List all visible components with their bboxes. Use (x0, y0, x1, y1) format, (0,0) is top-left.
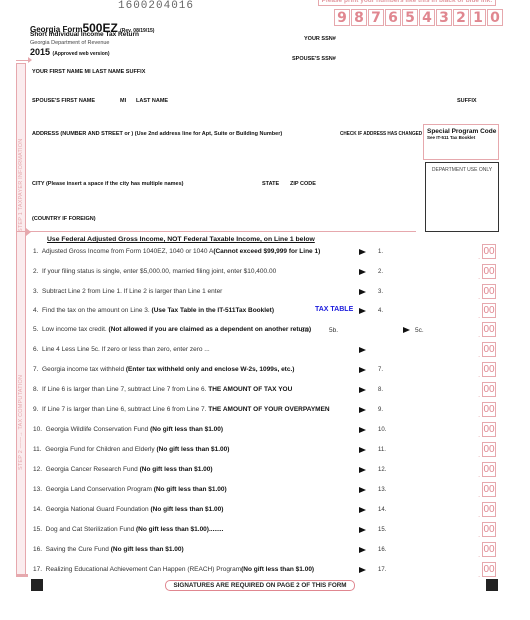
line-description: 8. If Line 6 is larger than Line 7, subt… (33, 386, 292, 393)
line-reference-number: 4. (378, 308, 383, 314)
year-note: (Approved web version) (53, 51, 110, 57)
cents-field[interactable]: 00 (482, 362, 496, 377)
amount-field[interactable] (433, 522, 477, 537)
spouse-suffix-label: SUFFIX (457, 98, 477, 104)
cents-field[interactable]: 00 (482, 264, 496, 279)
line-text: Georgia Cancer Research Fund (46, 466, 140, 473)
line-reference-number: 13. (378, 487, 386, 493)
tax-line-10: 10. Georgia Wildlife Conservation Fund (… (33, 421, 503, 441)
line-text: Georgia Land Conservation Program (46, 486, 154, 493)
decimal-point: . (478, 510, 480, 519)
arrow-icon (359, 249, 366, 255)
line-description: 5. Low income tax credit. (Not allowed i… (33, 326, 311, 333)
line-description: 9. If Line 7 is larger than Line 6, subt… (33, 406, 330, 413)
tax-line-15: 15. Dog and Cat Sterilization Fund (No g… (33, 521, 503, 541)
decimal-point: . (478, 410, 480, 419)
line-description: 1. Adjusted Gross Income from Form 1040E… (33, 248, 320, 255)
amount-field[interactable] (433, 264, 477, 279)
decimal-point: . (478, 292, 480, 301)
cents-field[interactable]: 00 (482, 342, 496, 357)
sample-digit: 0 (487, 9, 503, 26)
decimal-point: . (478, 490, 480, 499)
line-bold-note: (No gift less than $1.00) (150, 506, 223, 513)
arrow-icon (359, 487, 366, 493)
line-reference-number: 15. (378, 527, 386, 533)
decimal-point: . (478, 330, 480, 339)
cents-field[interactable]: 00 (482, 442, 496, 457)
tax-line-2: 2. If your filing status is single, ente… (33, 263, 503, 283)
line-text: If Line 7 is larger than Line 6, subtrac… (42, 406, 208, 413)
strip-arrow-icon (28, 57, 32, 63)
arrow-icon (359, 547, 366, 553)
arrow-icon (359, 289, 366, 295)
line-text: Line 4 Less Line 5c. If zero or less tha… (42, 346, 210, 353)
line-reference-number: 8. (378, 387, 383, 393)
spouse-first-name-label: SPOUSE'S FIRST NAME (32, 98, 95, 104)
line-description: 10. Georgia Wildlife Conservation Fund (… (33, 426, 223, 433)
cents-field[interactable]: 00 (482, 542, 496, 557)
cents-field[interactable]: 00 (482, 402, 496, 417)
cents-field[interactable]: 00 (482, 303, 496, 318)
cents-field[interactable]: 00 (482, 322, 496, 337)
form-subtitle: Short Individual Income Tax Return (30, 31, 139, 38)
your-name-label: YOUR FIRST NAME MI LAST NAME SUFFIX (32, 69, 145, 75)
line-bold-note: (No gift less than $1.00) (140, 466, 213, 473)
tax-line-17: 17. Realizing Educational Achievement Ca… (33, 561, 503, 581)
tax-line-7: 7. Georgia income tax withheld (Enter ta… (33, 361, 503, 381)
line-description: 6. Line 4 Less Line 5c. If zero or less … (33, 346, 210, 353)
amount-field[interactable] (433, 322, 477, 337)
ink-instruction: Please print your numbers like this in b… (318, 0, 496, 6)
line-reference-number: 1. (378, 249, 383, 255)
decimal-point: . (478, 350, 480, 359)
amount-field[interactable] (433, 362, 477, 377)
tax-line-11: 11. Georgia Fund for Children and Elderl… (33, 441, 503, 461)
department-use-label: DEPARTMENT USE ONLY (426, 167, 498, 173)
line-reference-number: 17. (378, 567, 386, 573)
line-description: 15. Dog and Cat Sterilization Fund (No g… (33, 526, 223, 533)
arrow-icon (403, 327, 410, 333)
arrow-icon (359, 367, 366, 373)
separator-arrow-icon (26, 228, 31, 236)
amount-field[interactable] (433, 562, 477, 577)
line-text: Saving the Cure Fund (46, 546, 111, 553)
line-description: 17. Realizing Educational Achievement Ca… (33, 566, 314, 573)
decimal-point: . (478, 470, 480, 479)
tax-line-1: 1. Adjusted Gross Income from Form 1040E… (33, 243, 503, 263)
sample-digit: 5 (402, 9, 418, 26)
line-line5a-label: 5a. (301, 327, 310, 334)
arrow-icon (359, 507, 366, 513)
tax-line-9: 9. If Line 7 is larger than Line 6, subt… (33, 401, 503, 421)
line-bold-note: (Enter tax withheld only and enclose W-2… (126, 366, 295, 373)
line-reference-number: 11. (378, 447, 386, 453)
amount-field[interactable] (433, 422, 477, 437)
address-label: ADDRESS (NUMBER AND STREET or ) (Use 2nd… (32, 131, 282, 137)
cents-field[interactable]: 00 (482, 284, 496, 299)
line-text: Georgia Fund for Children and Elderly (45, 446, 156, 453)
decimal-point: . (478, 530, 480, 539)
decimal-point: . (478, 390, 480, 399)
tax-line-14: 14. Georgia National Guard Foundation (N… (33, 501, 503, 521)
cents-field[interactable]: 00 (482, 522, 496, 537)
address-changed-label: CHECK IF ADDRESS HAS CHANGED (340, 131, 422, 137)
cents-field[interactable]: 00 (482, 502, 496, 517)
tax-line-8: 8. If Line 6 is larger than Line 7, subt… (33, 381, 503, 401)
decimal-point: . (478, 252, 480, 261)
line-text: Dog and Cat Sterilization Fund (46, 526, 136, 533)
amount-field[interactable] (433, 542, 477, 557)
signature-notice: SIGNATURES ARE REQUIRED ON PAGE 2 OF THI… (165, 580, 355, 591)
country-label: (COUNTRY IF FOREIGN) (32, 216, 96, 222)
line-reference-number: 7. (378, 367, 383, 373)
step1-side-label: STEP 1 TAXPAYER INFORMATION (18, 139, 24, 232)
cents-field[interactable]: 00 (482, 422, 496, 437)
line-reference-number: 14. (378, 507, 386, 513)
line-text: Georgia Wildlife Conservation Fund (46, 426, 150, 433)
spouse-name-field[interactable] (32, 108, 492, 120)
line-bold-note: (Use Tax Table in the IT-511Tax Booklet) (152, 307, 274, 314)
amount-field[interactable] (433, 244, 477, 259)
line-number: 12. (33, 466, 42, 473)
line-bold-note: (No gift less than $1.00) (154, 486, 227, 493)
line-bold-note: (No gift less than $1.00) (150, 426, 223, 433)
amount-field[interactable] (433, 402, 477, 417)
line-line5b-label: 5b. (329, 327, 338, 334)
arrow-icon (359, 347, 366, 353)
decimal-point: . (478, 430, 480, 439)
line-text: Realizing Educational Achievement Can Ha… (46, 566, 241, 573)
line1-instruction: Use Federal Adjusted Gross Income, NOT F… (47, 236, 315, 243)
line-description: 16. Saving the Cure Fund (No gift less t… (33, 546, 184, 553)
decimal-point: . (478, 370, 480, 379)
tax-line-12: 12. Georgia Cancer Research Fund (No gif… (33, 461, 503, 481)
line-text: Georgia income tax withheld (42, 366, 126, 373)
special-program-title: Special Program Code (424, 125, 498, 135)
arrow-icon (359, 308, 366, 314)
tax-line-6: 6. Line 4 Less Line 5c. If zero or less … (33, 341, 503, 361)
sample-digit: 8 (351, 9, 367, 26)
tax-table-link[interactable]: TAX TABLE (315, 306, 353, 313)
decimal-point: . (478, 311, 480, 320)
zip-label: ZIP CODE (290, 181, 316, 187)
line-description: 7. Georgia income tax withheld (Enter ta… (33, 366, 294, 373)
spouse-ssn-label: SPOUSE'S SSN# (292, 56, 336, 62)
line-text: Find the tax on the amount on Line 3. (42, 307, 152, 314)
line-reference-number: 16. (378, 547, 386, 553)
line-reference-number: 3. (378, 289, 383, 295)
arrow-icon (359, 447, 366, 453)
amount-field[interactable] (433, 482, 477, 497)
line-bold-note: (Not allowed if you are claimed as a dep… (109, 326, 312, 333)
cents-field[interactable]: 00 (482, 244, 496, 259)
strip-bottom (16, 574, 28, 577)
registration-mark-left (31, 579, 43, 591)
registration-mark-right (486, 579, 498, 591)
address-field[interactable] (32, 142, 412, 154)
decimal-point: . (478, 272, 480, 281)
barcode-number: 1600204016 (118, 0, 194, 12)
line-line5c-label: 5c. (415, 327, 424, 334)
special-program-sub: See IT-511 Tax Booklet (424, 135, 498, 140)
your-name-field[interactable] (32, 80, 412, 92)
line-bold-note: (No gift less than $1.00) (241, 566, 314, 573)
line-number: 13. (33, 486, 42, 493)
decimal-point: . (478, 450, 480, 459)
line-description: 14. Georgia National Guard Foundation (N… (33, 506, 223, 513)
line-text: Subtract Line 2 from Line 1. If Line 2 i… (42, 288, 222, 295)
sample-digit: 2 (453, 9, 469, 26)
line-bold-note: (No gift less than $1.00)........ (136, 526, 223, 533)
line-text: If your filing status is single, enter $… (42, 268, 276, 275)
tax-line-13: 13. Georgia Land Conservation Program (N… (33, 481, 503, 501)
line-reference-number: 9. (378, 407, 383, 413)
year-value: 2015 (30, 47, 50, 57)
line-text: Low income tax credit. (42, 326, 108, 333)
tax-year: 2015 (Approved web version) (30, 47, 110, 57)
decimal-point: . (478, 570, 480, 579)
cents-field[interactable]: 00 (482, 562, 496, 577)
cents-field[interactable]: 00 (482, 482, 496, 497)
sample-digit: 3 (436, 9, 452, 26)
line-description: 4. Find the tax on the amount on Line 3.… (33, 307, 274, 314)
amount-field[interactable] (433, 442, 477, 457)
city-state-zip-field[interactable] (32, 192, 412, 204)
line-bold-note: THE AMOUNT OF YOUR OVERPAYMEN (208, 406, 329, 413)
arrow-icon (359, 467, 366, 473)
step-separator (16, 231, 416, 232)
spouse-last-name-label: LAST NAME (136, 98, 168, 104)
line-bold-note: THE AMOUNT OF TAX YOU (208, 386, 292, 393)
line-reference-number: 2. (378, 269, 383, 275)
line-description: 11. Georgia Fund for Children and Elderl… (33, 446, 229, 453)
arrow-icon (359, 407, 366, 413)
arrow-icon (359, 387, 366, 393)
city-label: CITY (Please insert a space if the city … (32, 181, 184, 187)
sample-digit: 7 (368, 9, 384, 26)
line-bold-note: (No gift less than $1.00) (156, 446, 229, 453)
amount-field[interactable] (433, 303, 477, 318)
arrow-icon (359, 567, 366, 573)
line-number: 14. (33, 506, 42, 513)
line-reference-number: 10. (378, 427, 386, 433)
state-label: STATE (262, 181, 279, 187)
sample-digit: 1 (470, 9, 486, 26)
amount-field[interactable] (433, 502, 477, 517)
sample-digits: 9876543210 (334, 9, 503, 26)
line-number: 17. (33, 566, 42, 573)
line-reference-number: 12. (378, 467, 386, 473)
amount-field[interactable] (433, 342, 477, 357)
department-name: Georgia Department of Revenue (30, 40, 110, 46)
decimal-point: . (478, 550, 480, 559)
sample-digit: 4 (419, 9, 435, 26)
spouse-mi-label: MI (120, 98, 126, 104)
tax-line-16: 16. Saving the Cure Fund (No gift less t… (33, 541, 503, 561)
line-description: 13. Georgia Land Conservation Program (N… (33, 486, 227, 493)
amount-field[interactable] (433, 284, 477, 299)
tax-line-5: 5. Low income tax credit. (Not allowed i… (33, 321, 503, 341)
line-number: 10. (33, 426, 42, 433)
line-text: Georgia National Guard Foundation (46, 506, 151, 513)
tax-line-3: 3. Subtract Line 2 from Line 1. If Line … (33, 283, 503, 303)
arrow-icon (359, 527, 366, 533)
sample-digit: 9 (334, 9, 350, 26)
your-ssn-label: YOUR SSN# (304, 36, 336, 42)
line-description: 3. Subtract Line 2 from Line 1. If Line … (33, 288, 222, 295)
amount-field[interactable] (433, 382, 477, 397)
special-program-code-box[interactable]: Special Program Code See IT-511 Tax Book… (423, 124, 499, 160)
line-description: 12. Georgia Cancer Research Fund (No gif… (33, 466, 213, 473)
line-bold-note: (Cannot exceed $99,999 for Line 1) (213, 248, 320, 255)
cents-field[interactable]: 00 (482, 462, 496, 477)
line-number: 11. (33, 446, 42, 453)
sample-digit: 6 (385, 9, 401, 26)
line-text: Adjusted Gross Income from Form 1040EZ, … (42, 248, 214, 255)
step2-side-label: STEP 2 ——→ TAX COMPUTATION (18, 375, 24, 470)
line-number: 15. (33, 526, 42, 533)
line-bold-note: (No gift less than $1.00) (111, 546, 184, 553)
line-text: If Line 6 is larger than Line 7, subtrac… (42, 386, 208, 393)
arrow-icon (359, 427, 366, 433)
amount-field[interactable] (433, 462, 477, 477)
cents-field[interactable]: 00 (482, 382, 496, 397)
tax-line-4: 4. Find the tax on the amount on Line 3.… (33, 302, 503, 322)
line-description: 2. If your filing status is single, ente… (33, 268, 276, 275)
arrow-icon (359, 269, 366, 275)
department-use-box: DEPARTMENT USE ONLY (425, 162, 499, 232)
line-number: 16. (33, 546, 42, 553)
